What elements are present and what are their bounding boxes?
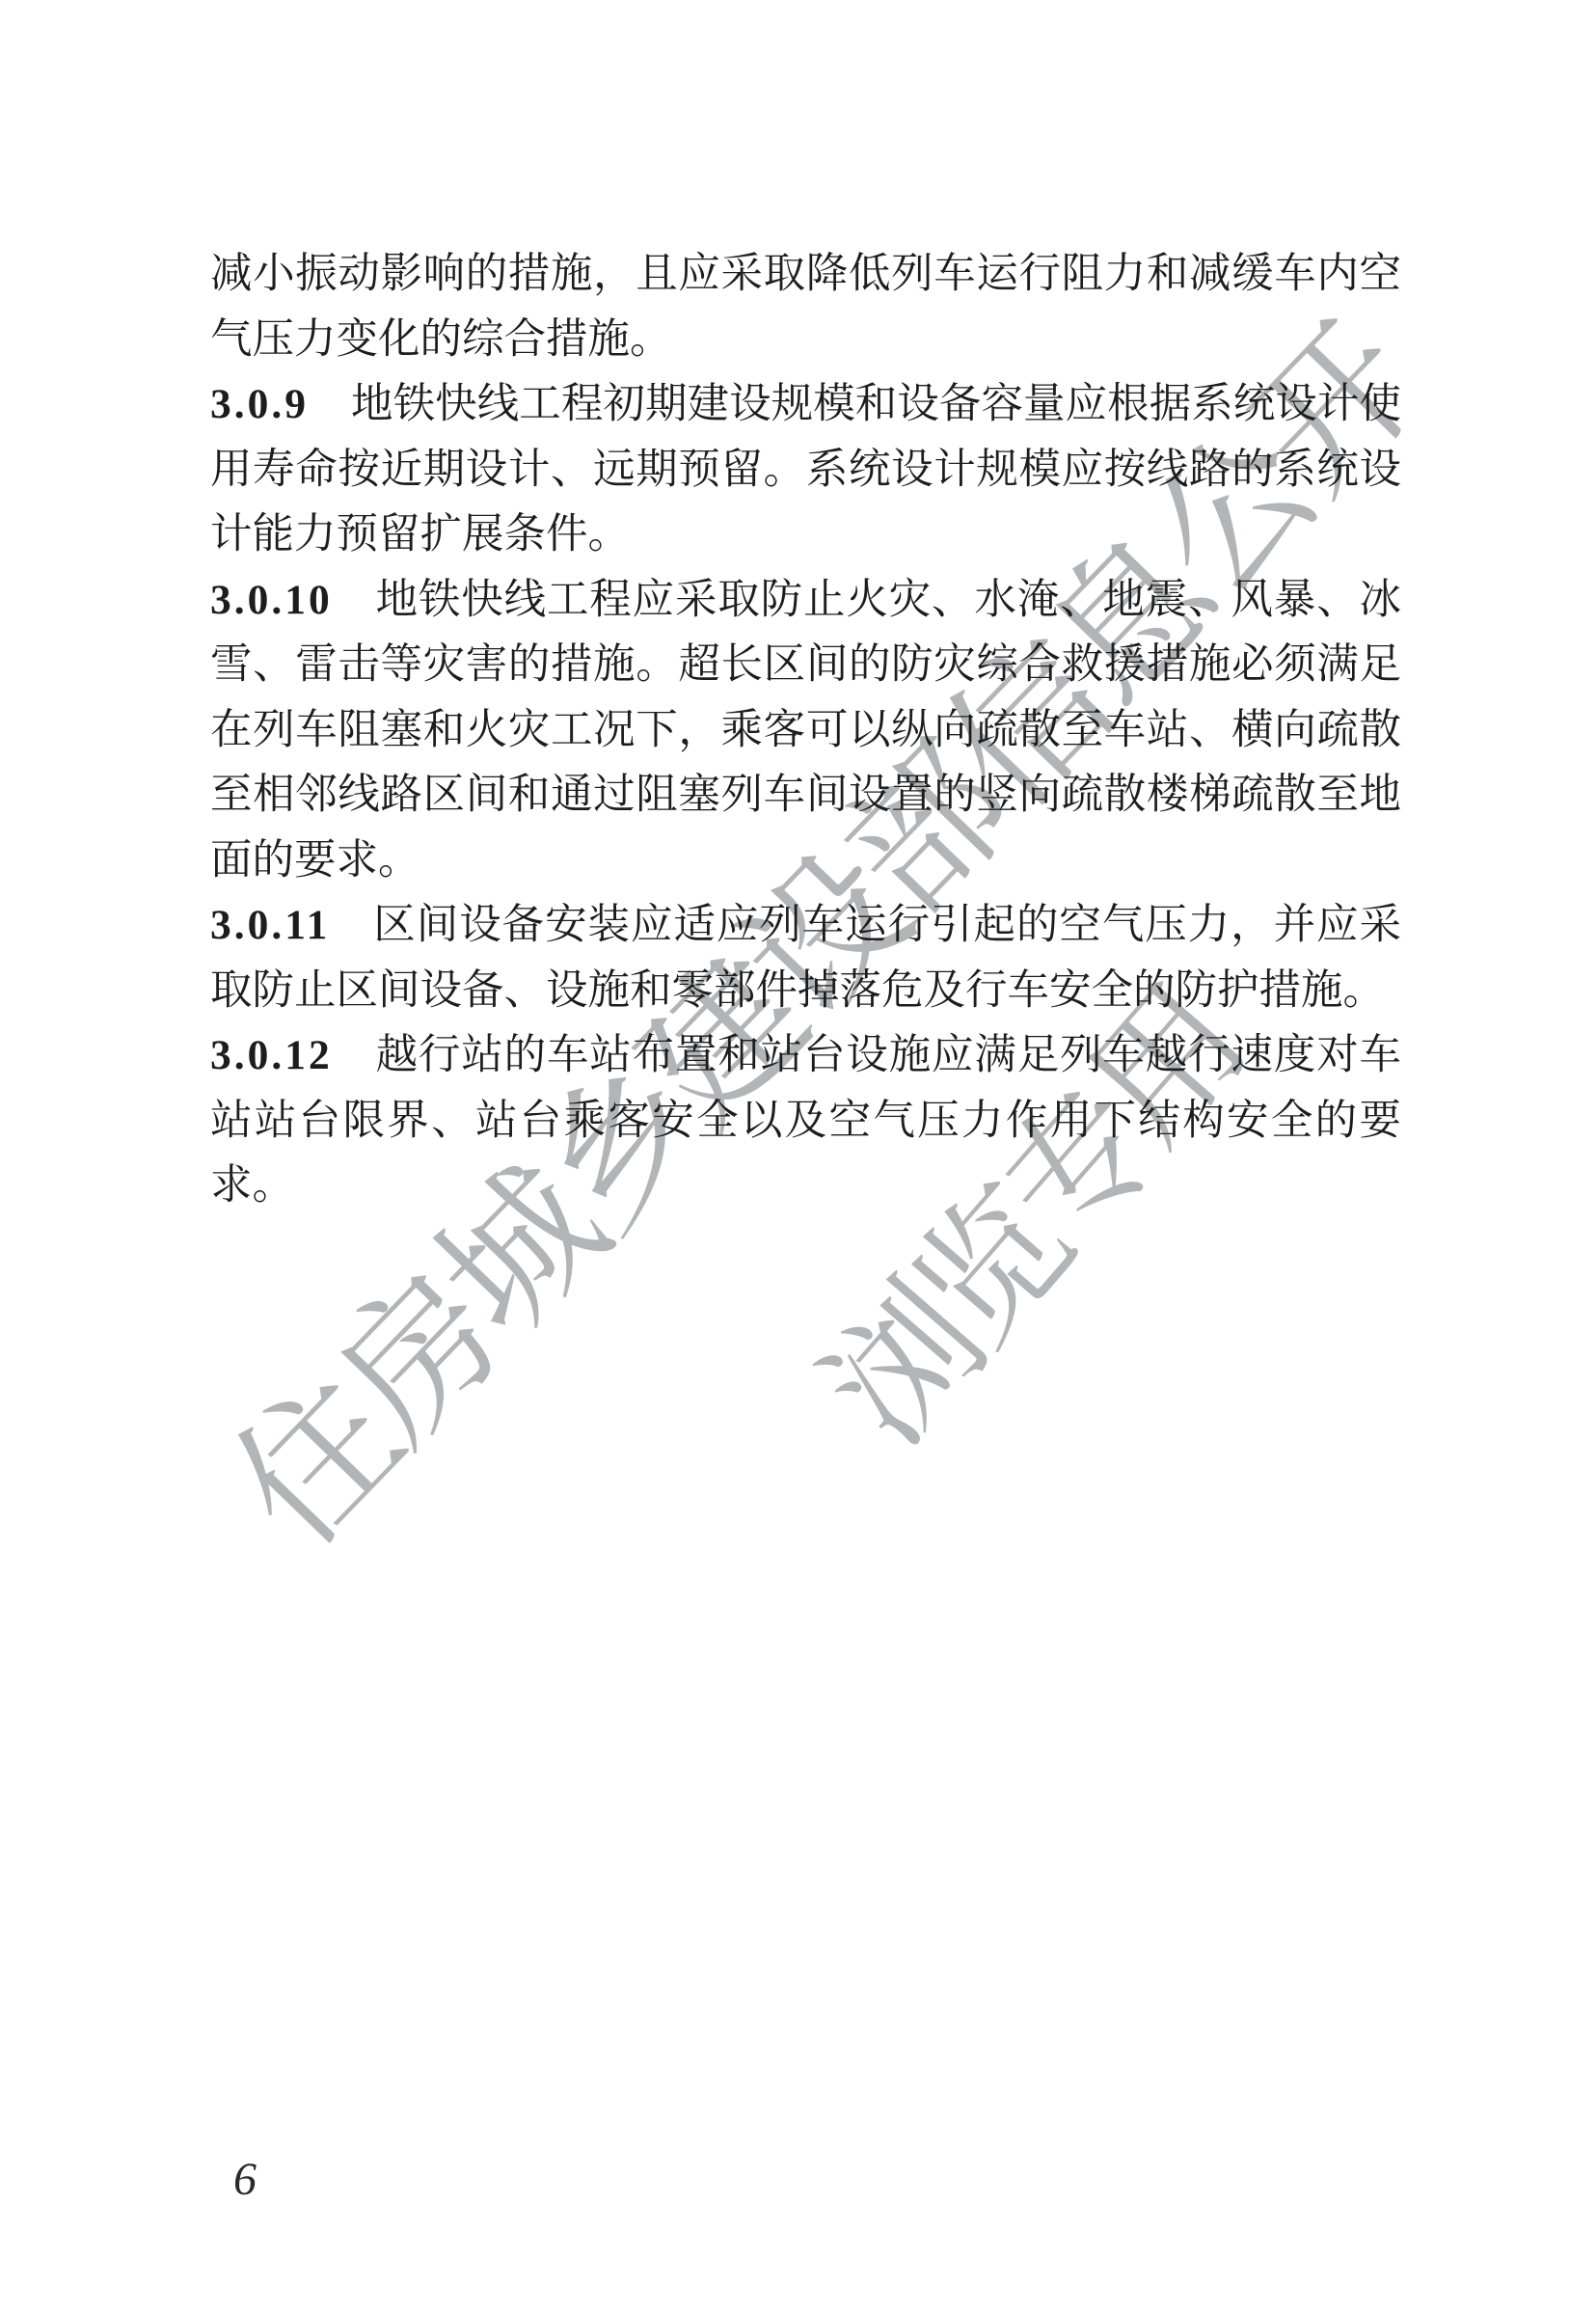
- clause-3-0-9: 3.0.9地铁快线工程初期建设规模和设备容量应根据系统设计使用寿命按近期设计、远…: [210, 372, 1401, 568]
- clause-text: 越行站的车站布置和站台设施应满足列车越行速度对车站站台限界、站台乘客安全以及空气…: [210, 1032, 1401, 1209]
- clause-number: 3.0.12: [210, 1032, 333, 1078]
- page-number: 6: [233, 2153, 257, 2206]
- clause-3-0-12: 3.0.12越行站的车站布置和站台设施应满足列车越行速度对车站站台限界、站台乘客…: [210, 1023, 1401, 1219]
- clause-3-0-10: 3.0.10地铁快线工程应采取防止火灾、水淹、地震、风暴、冰雪、雷击等灾害的措施…: [210, 568, 1401, 894]
- paragraph-continuation: 减小振动影响的措施，且应采取降低列车运行阻力和减缓车内空气压力变化的综合措施。: [210, 242, 1401, 372]
- clause-number: 3.0.11: [210, 902, 330, 948]
- text-block: 减小振动影响的措施，且应采取降低列车运行阻力和减缓车内空气压力变化的综合措施。 …: [210, 242, 1401, 1219]
- clause-text: 减小振动影响的措施，且应采取降低列车运行阻力和减缓车内空气压力变化的综合措施。: [210, 251, 1401, 363]
- document-page: 住房城乡建设部信息公开 浏览专用 减小振动影响的措施，且应采取降低列车运行阻力和…: [0, 0, 1596, 2311]
- clause-text: 地铁快线工程初期建设规模和设备容量应根据系统设计使用寿命按近期设计、远期预留。系…: [210, 381, 1401, 557]
- clause-text: 地铁快线工程应采取防止火灾、水淹、地震、风暴、冰雪、雷击等灾害的措施。超长区间的…: [210, 577, 1401, 884]
- clause-text: 区间设备安装应适应列车运行引起的空气压力，并应采取防止区间设备、设施和零部件掉落…: [210, 902, 1401, 1014]
- clause-number: 3.0.9: [210, 381, 309, 427]
- clause-number: 3.0.10: [210, 577, 333, 623]
- clause-3-0-11: 3.0.11区间设备安装应适应列车运行引起的空气压力，并应采取防止区间设备、设施…: [210, 893, 1401, 1023]
